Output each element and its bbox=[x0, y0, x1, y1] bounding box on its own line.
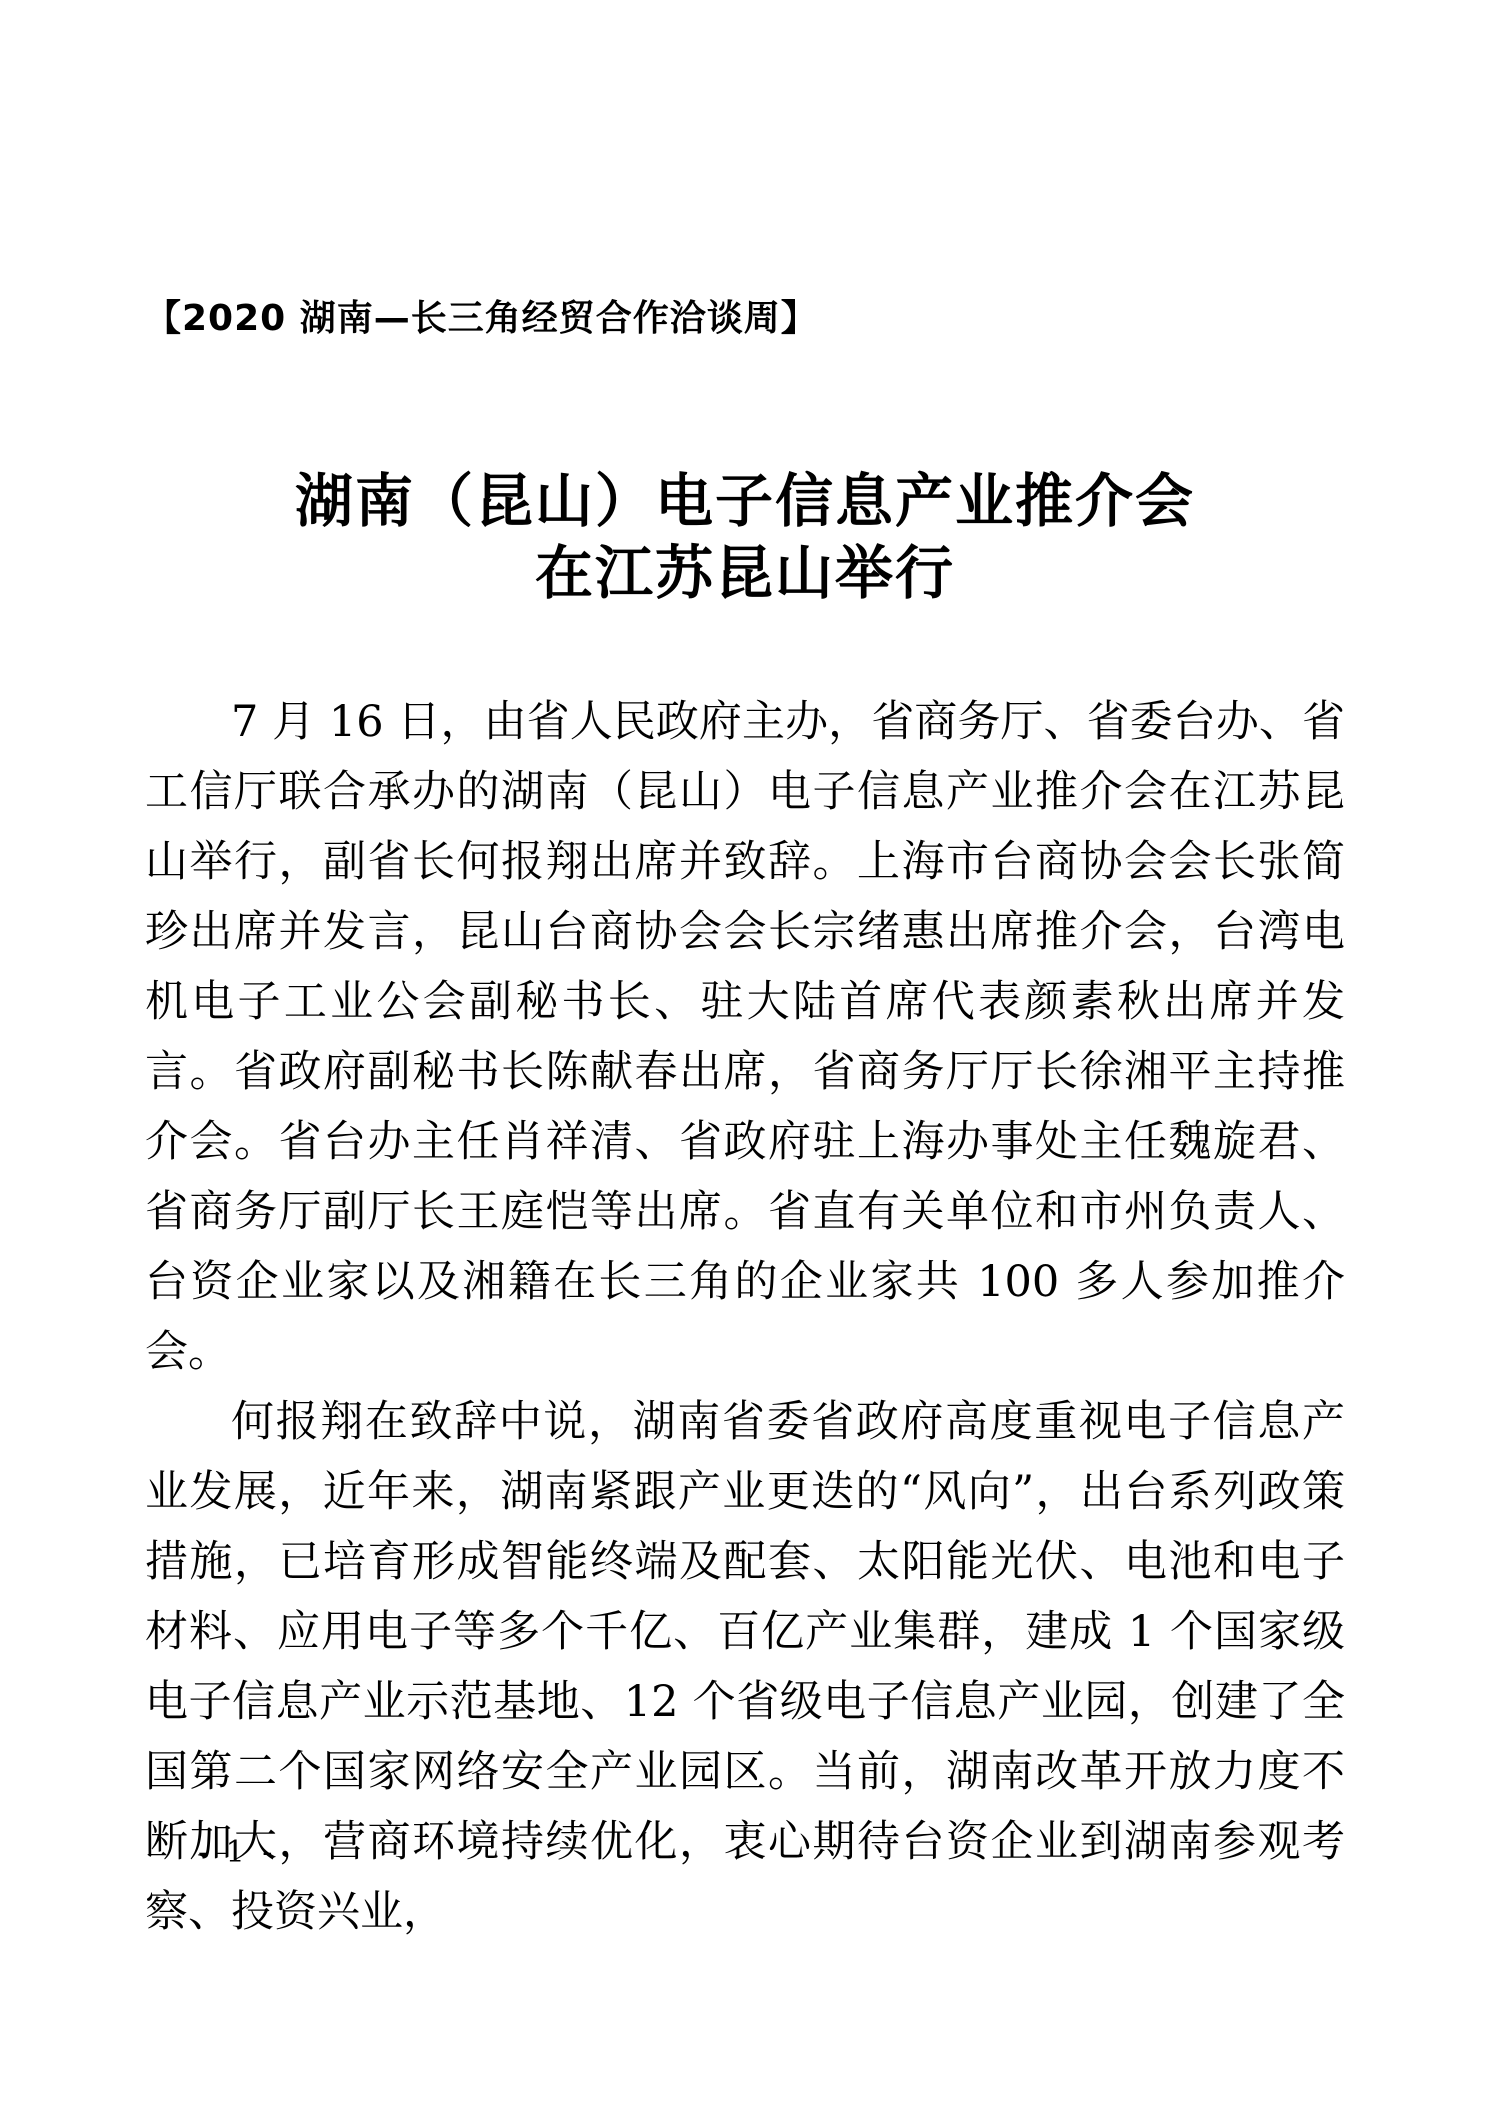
title-line-1: 湖南（昆山）电子信息产业推介会 bbox=[145, 465, 1345, 537]
body-paragraph-1: 7 月 16 日，由省人民政府主办，省商务厅、省委台办、省工信厅联合承办的湖南（… bbox=[145, 687, 1345, 1387]
body-paragraph-2: 何报翔在致辞中说，湖南省委省政府高度重视电子信息产业发展，近年来，湖南紧跟产业更… bbox=[145, 1387, 1345, 1947]
series-tag: 【2020 湖南—长三角经贸合作洽谈周】 bbox=[145, 290, 818, 341]
title-line-2: 在江苏昆山举行 bbox=[145, 537, 1345, 609]
article-body: 7 月 16 日，由省人民政府主办，省商务厅、省委台办、省工信厅联合承办的湖南（… bbox=[145, 687, 1345, 1947]
document-page: 【2020 湖南—长三角经贸合作洽谈周】 湖南（昆山）电子信息产业推介会 在江苏… bbox=[0, 0, 1488, 2105]
page-number: - 1 - bbox=[198, 1835, 276, 1870]
article-title: 湖南（昆山）电子信息产业推介会 在江苏昆山举行 bbox=[145, 465, 1345, 609]
